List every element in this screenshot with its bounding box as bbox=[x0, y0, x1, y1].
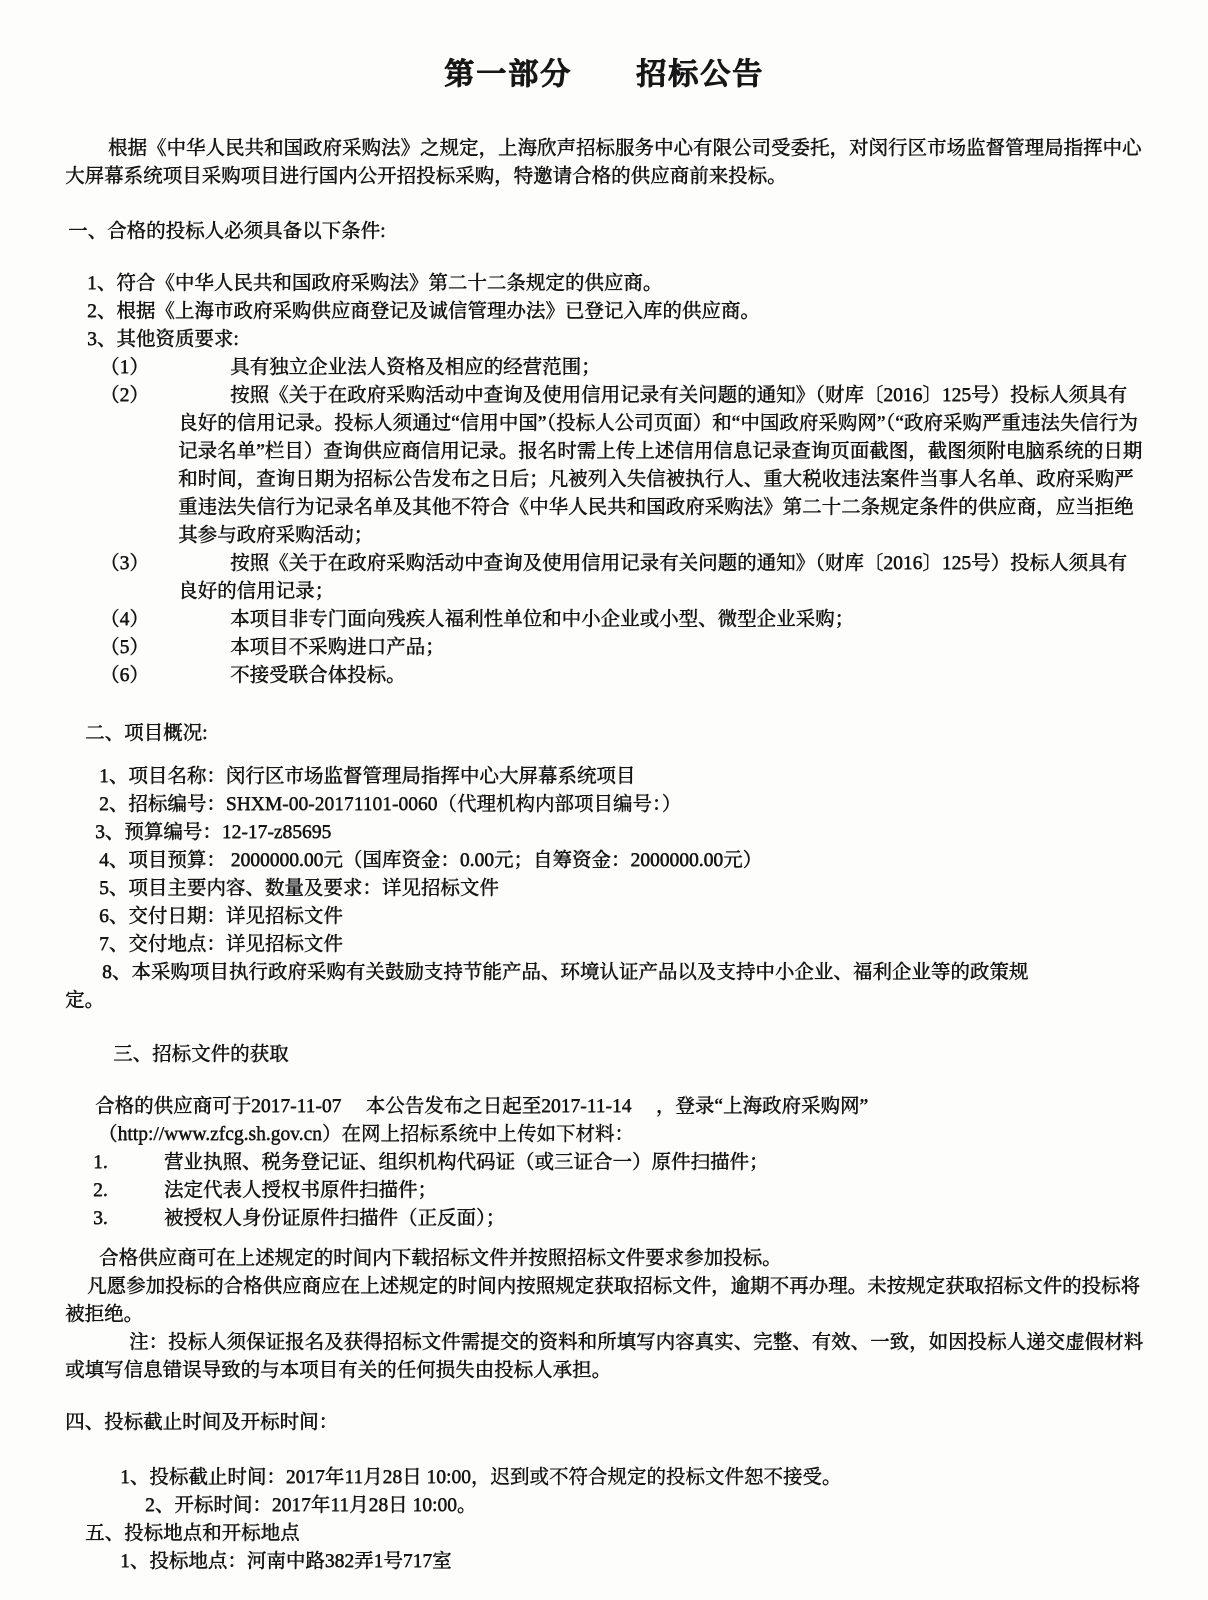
sub-requirement-1-text: 具有独立企业法人资格及相应的经营范围； bbox=[230, 357, 601, 378]
bid-opening-time-item: 2、开标时间：2017年11月28日 10:00。 bbox=[145, 1492, 1143, 1520]
acquisition-period-line-2: （http://www.zfcg.sh.gov.cn）在网上招标系统中上传如下材… bbox=[98, 1121, 1143, 1149]
sub-requirement-1: （1） 具有独立企业法人资格及相应的经营范围； bbox=[178, 354, 1143, 382]
note-paragraph: 注：投标人须保证报名及获得招标文件需提交的资料和所填写内容真实、完整、有效、一致… bbox=[65, 1329, 1143, 1385]
project-name-item: 1、项目名称：闵行区市场监督管理局指挥中心大屏幕系统项目 bbox=[99, 763, 1143, 791]
intro-paragraph: 根据《中华人民共和国政府采购法》之规定，上海欣声招标服务中心有限公司受委托，对闵… bbox=[65, 135, 1143, 191]
tender-announcement-page: 第一部分 招标公告 根据《中华人民共和国政府采购法》之规定，上海欣声招标服务中心… bbox=[0, 0, 1208, 1600]
tender-number-item: 2、招标编号：SHXM-00-20171101-0060（代理机构内部项目编号：… bbox=[99, 791, 1143, 819]
material-item-3-text: 被授权人身份证原件扫描件（正反面）； bbox=[164, 1208, 505, 1229]
project-content-item: 5、项目主要内容、数量及要求：详见招标文件 bbox=[99, 875, 1143, 903]
requirement-item-1: 1、符合《中华人民共和国政府采购法》第二十二条规定的供应商。 bbox=[87, 270, 1143, 298]
sub-requirement-1-label: （1） bbox=[100, 354, 149, 382]
sub-requirement-3-label: （3） bbox=[100, 550, 149, 578]
sub-requirement-5: （5） 本项目不采购进口产品； bbox=[178, 634, 1143, 662]
sub-requirement-2-label: （2） bbox=[100, 382, 149, 410]
download-note-paragraph: 合格供应商可在上述规定的时间内下载招标文件并按照招标文件要求参加投标。 bbox=[99, 1245, 1143, 1273]
sub-requirement-2: （2） 按照《关于在政府采购活动中查询及使用信用记录有关问题的通知》（财库〔20… bbox=[178, 382, 1143, 550]
section-bidder-requirements-heading: 一、合格的投标人必须具备以下条件: bbox=[68, 218, 1143, 246]
requirement-item-3: 3、其他资质要求: bbox=[87, 326, 1143, 354]
material-item-3-number: 3. bbox=[93, 1205, 159, 1233]
sub-requirement-5-text: 本项目不采购进口产品； bbox=[230, 637, 445, 658]
sub-requirement-4-label: （4） bbox=[100, 606, 149, 634]
bid-location-item: 1、投标地点：河南中路382弄1号717室 bbox=[120, 1548, 1143, 1576]
material-item-3: 3. 被授权人身份证原件扫描件（正反面）； bbox=[93, 1205, 1143, 1233]
section-bid-deadline-heading: 四、投标截止时间及开标时间： bbox=[65, 1409, 1143, 1437]
sub-requirement-3-text: 按照《关于在政府采购活动中查询及使用信用记录有关问题的通知》（财库〔2016〕1… bbox=[178, 553, 1127, 602]
section-project-overview-heading: 二、项目概况: bbox=[85, 720, 1143, 748]
project-budget-item: 4、项目预算： 2000000.00元（国库资金：0.00元；自筹资金：2000… bbox=[99, 847, 1143, 875]
sub-requirement-3: （3） 按照《关于在政府采购活动中查询及使用信用记录有关问题的通知》（财库〔20… bbox=[178, 550, 1143, 606]
material-item-1-text: 营业执照、税务登记证、组织机构代码证（或三证合一）原件扫描件； bbox=[164, 1152, 769, 1173]
sub-requirement-4: （4） 本项目非专门面向残疾人福利性单位和中小企业或小型、微型企业采购； bbox=[178, 606, 1143, 634]
acquisition-period-line-1: 合格的供应商可于2017-11-07 本公告发布之日起至2017-11-14 ，… bbox=[95, 1093, 1143, 1121]
sub-requirement-4-text: 本项目非专门面向残疾人福利性单位和中小企业或小型、微型企业采购； bbox=[230, 609, 854, 630]
page-title: 第一部分 招标公告 bbox=[65, 56, 1143, 94]
sub-requirement-6-text: 不接受联合体投标。 bbox=[230, 665, 406, 686]
procurement-policy-item: 8、本采购项目执行政府采购有关鼓励支持节能产品、环境认证产品以及支持中小企业、福… bbox=[65, 959, 1063, 1015]
delivery-place-item: 7、交付地点：详见招标文件 bbox=[99, 931, 1143, 959]
section-bid-location-heading: 五、投标地点和开标地点 bbox=[85, 1520, 1143, 1548]
material-item-2-text: 法定代表人授权书原件扫描件； bbox=[164, 1180, 437, 1201]
material-item-2: 2. 法定代表人授权书原件扫描件； bbox=[93, 1177, 1143, 1205]
deadline-note-paragraph: 凡愿参加投标的合格供应商应在上述规定的时间内按照规定获取招标文件，逾期不再办理。… bbox=[65, 1273, 1143, 1329]
requirement-item-2: 2、根据《上海市政府采购供应商登记及诚信管理办法》已登记入库的供应商。 bbox=[87, 298, 1143, 326]
section-document-acquisition-heading: 三、招标文件的获取 bbox=[113, 1041, 1143, 1069]
material-item-1: 1. 营业执照、税务登记证、组织机构代码证（或三证合一）原件扫描件； bbox=[93, 1149, 1143, 1177]
sub-requirement-2-text: 按照《关于在政府采购活动中查询及使用信用记录有关问题的通知》（财库〔2016〕1… bbox=[178, 385, 1142, 546]
sub-requirement-6-label: （6） bbox=[100, 662, 149, 690]
bid-deadline-item: 1、投标截止时间：2017年11月28日 10:00，迟到或不符合规定的投标文件… bbox=[120, 1464, 1143, 1492]
delivery-date-item: 6、交付日期：详见招标文件 bbox=[99, 903, 1143, 931]
material-item-1-number: 1. bbox=[93, 1149, 159, 1177]
budget-number-item: 3、预算编号：12-17-z85695 bbox=[95, 819, 1143, 847]
sub-requirement-5-label: （5） bbox=[100, 634, 149, 662]
material-item-2-number: 2. bbox=[93, 1177, 159, 1205]
sub-requirement-6: （6） 不接受联合体投标。 bbox=[178, 662, 1143, 690]
